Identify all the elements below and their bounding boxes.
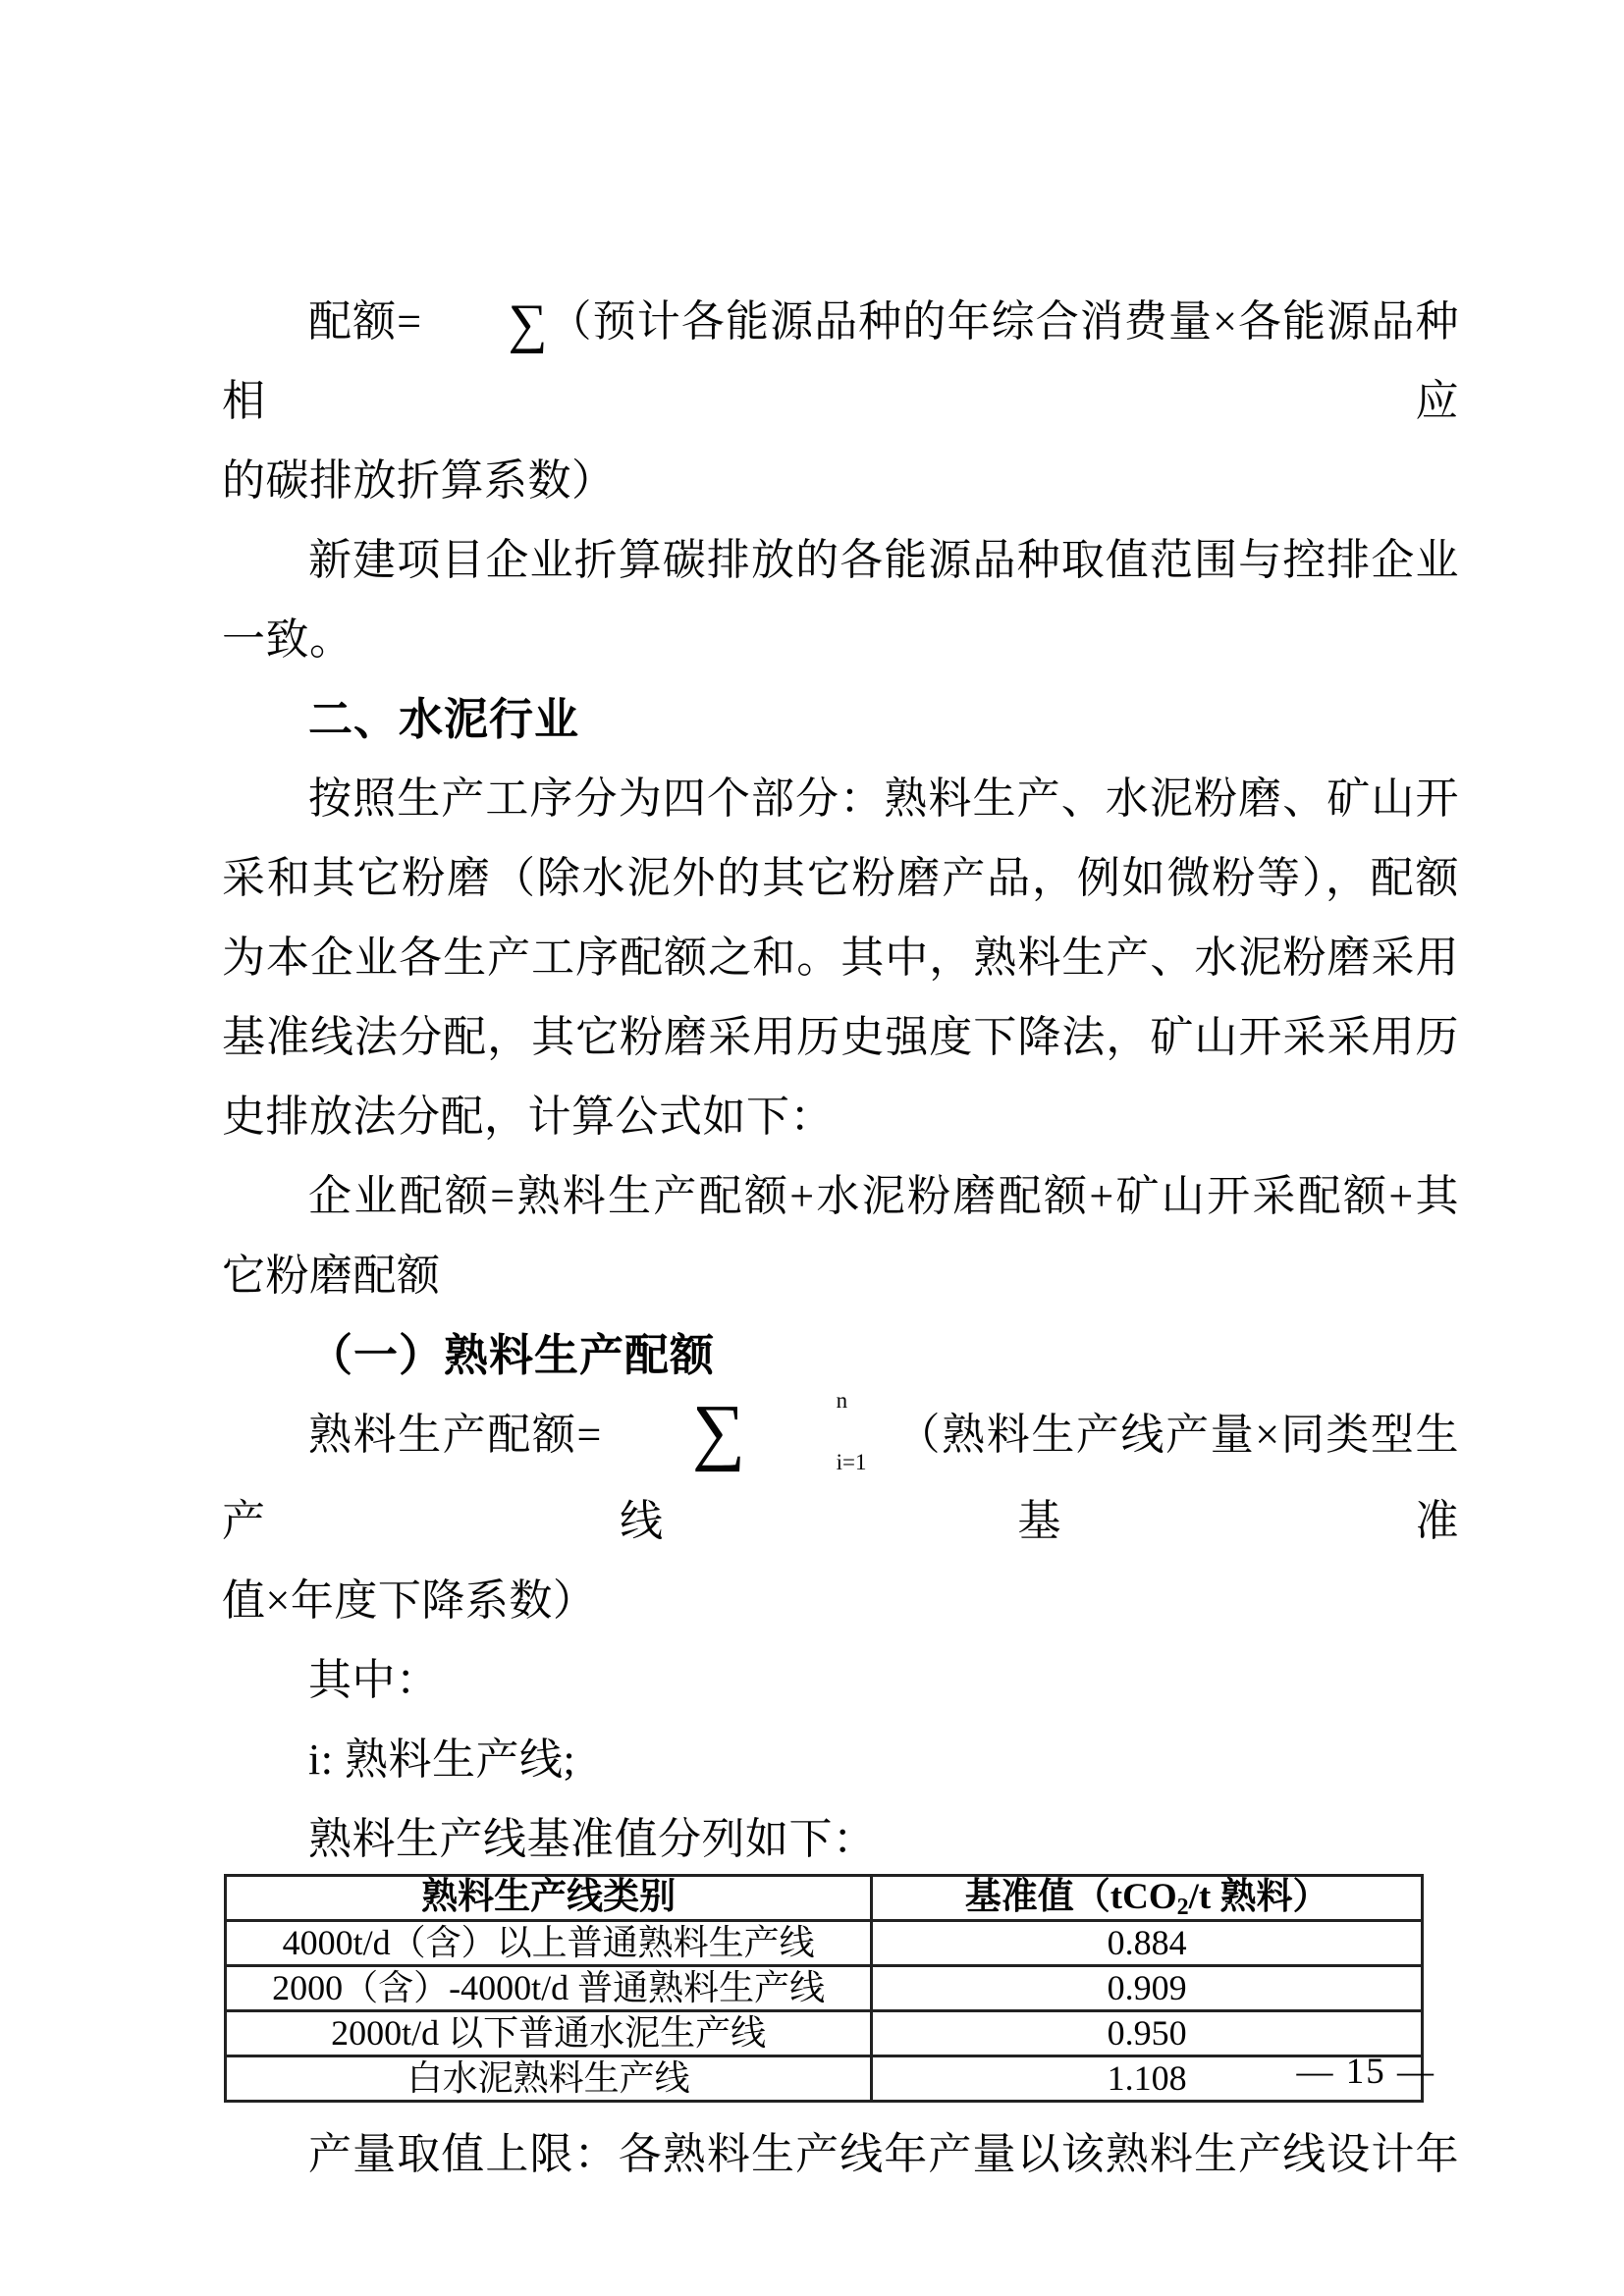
table-header-row: 熟料生产线类别基准值（tCO2/t 熟料） (226, 1875, 1423, 1920)
paragraph-line: 产量取值上限：各熟料生产线年产量以该熟料生产线设计年 (222, 2114, 1459, 2194)
sigma-upper-limit: n (750, 1389, 867, 1412)
formula-line: 熟料生产配额=∑ni=1（熟料生产线产量×同类型生产线基准 (222, 1395, 1459, 1561)
paragraph-line: 为本企业各生产工序配额之和。其中，熟料生产、水泥粉磨采用 (222, 918, 1459, 997)
formula-prefix: 配额= (308, 297, 422, 346)
table-row: 4000t/d（含）以上普通熟料生产线0.884 (226, 1920, 1423, 1965)
sigma-lower-limit: i=1 (750, 1451, 867, 1473)
cell-category: 4000t/d（含）以上普通熟料生产线 (226, 1920, 872, 1965)
paragraph-line: 史排放法分配，计算公式如下： (222, 1077, 1459, 1156)
formula-prefix: 熟料生产配额= (308, 1411, 602, 1459)
benchmark-table: 熟料生产线类别基准值（tCO2/t 熟料）4000t/d（含）以上普通熟料生产线… (224, 1874, 1424, 2103)
sigma-symbol: ∑ (422, 300, 548, 344)
column-header-category: 熟料生产线类别 (226, 1875, 872, 1920)
sigma-limits: ni=1 (746, 1389, 867, 1473)
table-row: 白水泥熟料生产线1.108 (226, 2056, 1423, 2101)
section-heading: 二、水泥行业 (222, 679, 1459, 759)
paragraph-line: 企业配额=熟料生产配额+水泥粉磨配额+矿山开采配额+其 (222, 1156, 1459, 1236)
column-header-benchmark: 基准值（tCO2/t 熟料） (872, 1875, 1423, 1920)
paragraph-line: 值×年度下降系数） (222, 1561, 1459, 1640)
cell-benchmark-value: 0.909 (872, 1965, 1423, 2010)
page-number: — 15 — (1297, 2052, 1436, 2093)
paragraph-line: 的碳排放折算系数） (222, 441, 1459, 520)
cell-benchmark-value: 0.950 (872, 2010, 1423, 2056)
cell-category: 2000（含）-4000t/d 普通熟料生产线 (226, 1965, 872, 2010)
document-body: 配额=∑（预计各能源品种的年综合消费量×各能源品种相应的碳排放折算系数）新建项目… (222, 0, 1459, 2194)
sigma-symbol: ∑ni=1 (606, 1393, 867, 1477)
table-row: 2000（含）-4000t/d 普通熟料生产线0.909 (226, 1965, 1423, 2010)
paragraph-line: 一致。 (222, 600, 1459, 679)
sigma-glyph: ∑ (606, 1410, 746, 1453)
paragraph-line: 基准线法分配，其它粉磨采用历史强度下降法，矿山开采采用历 (222, 997, 1459, 1077)
paragraph-line: 它粉磨配额 (222, 1236, 1459, 1315)
paragraph-line: i: 熟料生产线; (222, 1720, 1459, 1799)
cell-category: 2000t/d 以下普通水泥生产线 (226, 2010, 872, 2056)
formula-line: 配额=∑（预计各能源品种的年综合消费量×各能源品种相应 (222, 282, 1459, 441)
document-page: 配额=∑（预计各能源品种的年综合消费量×各能源品种相应的碳排放折算系数）新建项目… (0, 0, 1624, 2296)
table-row: 2000t/d 以下普通水泥生产线0.950 (226, 2010, 1423, 2056)
cell-benchmark-value: 0.884 (872, 1920, 1423, 1965)
subscript: 2 (1177, 1895, 1189, 1920)
paragraph-line: 采和其它粉磨（除水泥外的其它粉磨产品，例如微粉等），配额 (222, 838, 1459, 918)
paragraph-line: 其中： (222, 1640, 1459, 1720)
sigma-glyph: ∑ (422, 302, 548, 346)
paragraph-line: 新建项目企业折算碳排放的各能源品种取值范围与控排企业 (222, 520, 1459, 600)
paragraph-line: 按照生产工序分为四个部分：熟料生产、水泥粉磨、矿山开 (222, 759, 1459, 838)
section-heading: （一）熟料生产配额 (222, 1315, 1459, 1395)
cell-category: 白水泥熟料生产线 (226, 2056, 872, 2101)
paragraph-line: 熟料生产线基准值分列如下： (222, 1799, 1459, 1879)
